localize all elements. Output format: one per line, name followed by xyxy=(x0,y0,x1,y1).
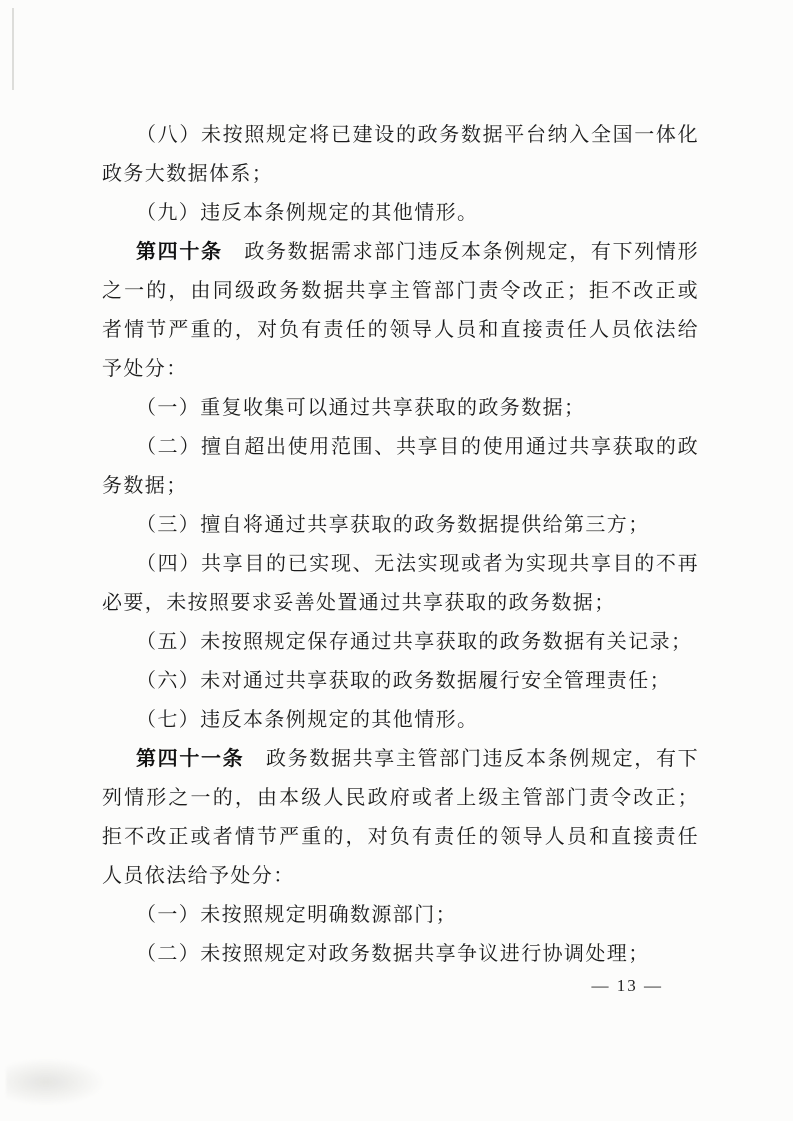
paragraph-article-40: 第四十条 政务数据需求部门违反本条例规定，有下列情形之一的，由同级政务数据共享主… xyxy=(102,233,699,389)
paragraph-text: （一）未按照规定明确数源部门； xyxy=(136,904,457,926)
paragraph-item-4: （四）共享目的已实现、无法实现或者为实现共享目的不再必要，未按照要求妥善处置通过… xyxy=(102,545,699,623)
paragraph-article-41: 第四十一条 政务数据共享主管部门违反本条例规定，有下列情形之一的，由本级人民政府… xyxy=(102,740,699,896)
scanned-document-page: （八）未按照规定将已建设的政务数据平台纳入全国一体化政务大数据体系； （九）违反… xyxy=(0,0,793,1121)
paragraph-item-6: （六）未对通过共享获取的政务数据履行安全管理责任； xyxy=(102,662,699,701)
paragraph-text: （五）未按照规定保存通过共享获取的政务数据有关记录； xyxy=(136,631,692,653)
paragraph-text: （二）未按照规定对政务数据共享争议进行协调处理； xyxy=(136,943,650,965)
paragraph-item-1b: （一）未按照规定明确数源部门； xyxy=(102,896,699,935)
article-41-heading: 第四十一条 xyxy=(136,748,244,770)
paragraph-item-7: （七）违反本条例规定的其他情形。 xyxy=(102,701,699,740)
paragraph-text: （七）违反本条例规定的其他情形。 xyxy=(136,709,478,731)
paragraph-text: （八）未按照规定将已建设的政务数据平台纳入全国一体化政务大数据体系； xyxy=(102,124,699,185)
scan-artifact-line xyxy=(12,8,14,90)
paragraph-item-5: （五）未按照规定保存通过共享获取的政务数据有关记录； xyxy=(102,623,699,662)
page-number: — 13 — xyxy=(592,976,664,996)
paragraph-text: （一）重复收集可以通过共享获取的政务数据； xyxy=(136,397,585,419)
paragraph-item-1: （一）重复收集可以通过共享获取的政务数据； xyxy=(102,389,699,428)
paragraph-text: （四）共享目的已实现、无法实现或者为实现共享目的不再必要，未按照要求妥善处置通过… xyxy=(102,553,699,614)
paragraph-item-8: （八）未按照规定将已建设的政务数据平台纳入全国一体化政务大数据体系； xyxy=(102,116,699,194)
paragraph-text: （九）违反本条例规定的其他情形。 xyxy=(136,202,478,224)
article-40-heading: 第四十条 xyxy=(136,241,223,263)
paragraph-item-2b: （二）未按照规定对政务数据共享争议进行协调处理； xyxy=(102,935,699,974)
document-body: （八）未按照规定将已建设的政务数据平台纳入全国一体化政务大数据体系； （九）违反… xyxy=(102,116,699,974)
paragraph-text: （二）擅自超出使用范围、共享目的使用通过共享获取的政务数据； xyxy=(102,436,699,497)
paragraph-item-2: （二）擅自超出使用范围、共享目的使用通过共享获取的政务数据； xyxy=(102,428,699,506)
paragraph-text: （三）擅自将通过共享获取的政务数据提供给第三方； xyxy=(136,514,650,536)
paragraph-item-3: （三）擅自将通过共享获取的政务数据提供给第三方； xyxy=(102,506,699,545)
paragraph-item-9: （九）违反本条例规定的其他情形。 xyxy=(102,194,699,233)
scan-artifact-smudge xyxy=(6,1058,106,1106)
paragraph-text: （六）未对通过共享获取的政务数据履行安全管理责任； xyxy=(136,670,671,692)
